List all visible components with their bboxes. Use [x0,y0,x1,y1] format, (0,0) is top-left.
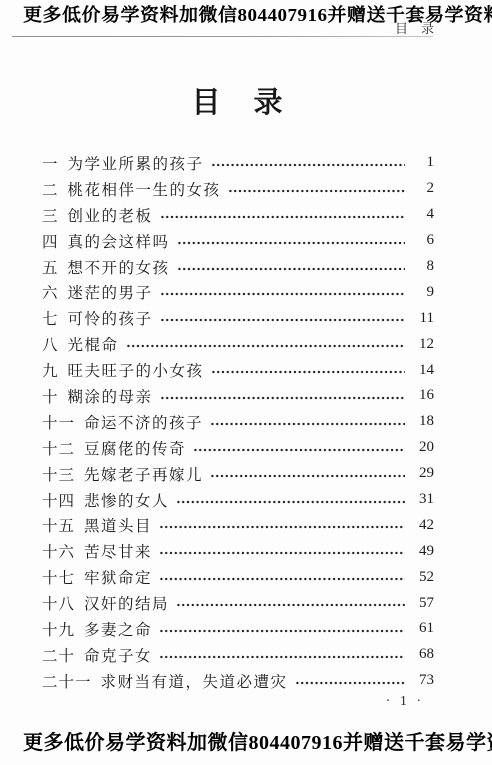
entry-number: 九 [42,359,59,381]
entry-title: 旺夫旺子的小女孩 [68,359,204,381]
entry-number: 十九 [42,618,75,640]
entry-number: 十八 [42,592,75,614]
entry-leader-dots [160,394,405,402]
entry-page-number: 42 [412,517,434,534]
entry-number: 四 [42,230,59,252]
entry-leader-dots [211,368,405,376]
entry-number: 五 [42,256,59,278]
watermark-bottom: 更多低价易学资料加微信804407916并赠送千套易学资料 [23,726,492,755]
entry-page-number: 11 [412,310,434,327]
entry-page-number: 49 [412,543,434,560]
entry-page-number: 29 [412,465,434,482]
entry-page-number: 8 [412,258,434,275]
footer-page-number: · 1 · [0,694,424,710]
entry-title: 豆腐佬的传奇 [84,437,186,459]
toc-entry: 二十 命克子女 68 [42,642,434,668]
toc-entry: 十三 先嫁老子再嫁儿 29 [42,461,434,487]
entry-leader-dots [159,549,405,557]
toc-entry: 四 真的会这样吗 6 [42,228,434,254]
entry-number: 二十一 [42,670,92,692]
entry-page-number: 16 [412,387,434,404]
entry-title: 命克子女 [84,644,152,666]
entry-leader-dots [176,498,405,506]
entry-page-number: 73 [412,672,434,689]
toc-entry: 六 迷茫的男子 9 [42,279,434,305]
entry-number: 十四 [42,489,75,511]
entry-title: 光棍命 [68,333,119,355]
toc-entry: 五 想不开的女孩 8 [42,254,434,280]
entry-leader-dots [193,446,405,454]
entry-leader-dots [159,653,405,661]
entry-leader-dots [177,265,405,273]
entry-number: 六 [42,281,59,303]
entry-leader-dots [160,316,405,324]
entry-leader-dots [176,601,405,609]
toc-entry: 十 糊涂的母亲 16 [42,383,434,409]
entry-leader-dots [210,472,405,480]
entry-page-number: 52 [412,569,434,586]
entry-number: 一 [42,152,59,174]
toc-entry: 十五 黑道头目 42 [42,512,434,538]
entry-number: 十六 [42,540,75,562]
entry-title: 想不开的女孩 [68,256,170,278]
entry-number: 八 [42,333,59,355]
running-head: 目 录 [0,18,434,37]
entry-title: 创业的老板 [68,204,153,226]
entry-number: 十七 [42,566,75,588]
toc-entry: 一 为学业所累的孩子 1 [42,150,434,176]
entry-leader-dots [159,523,405,531]
entry-number: 七 [42,307,59,329]
entry-page-number: 61 [412,620,434,637]
toc-entry: 十一 命运不济的孩子 18 [42,409,434,435]
entry-leader-dots [159,575,405,583]
entry-page-number: 31 [412,491,434,508]
entry-title: 苦尽甘来 [84,540,152,562]
entry-number: 十五 [42,514,75,536]
page-title: 目 录 [42,80,434,121]
entry-page-number: 14 [412,362,434,379]
entry-page-number: 57 [412,595,434,612]
entry-leader-dots [295,679,405,687]
entry-title: 真的会这样吗 [68,230,170,252]
entry-leader-dots [228,187,405,195]
header-rule [12,36,433,37]
entry-title: 求财当有道，失道必遭灾 [101,670,288,692]
entry-page-number: 1 [412,154,434,171]
entry-page-number: 12 [412,336,434,353]
toc-entry: 二十一 求财当有道，失道必遭灾 73 [42,668,434,694]
entry-leader-dots [160,213,405,221]
toc-entry: 十八 汉奸的结局 57 [42,590,434,616]
entry-title: 汉奸的结局 [84,592,169,614]
entry-title: 牢狱命定 [84,566,152,588]
toc-entry: 十六 苦尽甘来 49 [42,538,434,564]
entry-title: 悲惨的女人 [84,489,169,511]
toc-entry: 十九 多妻之命 61 [42,616,434,642]
entry-leader-dots [126,342,405,350]
entry-leader-dots [210,420,405,428]
entry-title: 命运不济的孩子 [84,411,203,433]
toc-entry: 七 可怜的孩子 11 [42,305,434,331]
entry-number: 二十 [42,644,75,666]
entry-leader-dots [177,239,405,247]
entry-page-number: 20 [412,439,434,456]
toc-entry: 十二 豆腐佬的传奇 20 [42,435,434,461]
entry-title: 迷茫的男子 [68,281,153,303]
toc-entry: 八 光棍命 12 [42,331,434,357]
entry-number: 十三 [42,463,75,485]
entry-page-number: 68 [412,646,434,663]
toc-entry: 二 桃花相伴一生的女孩 2 [42,176,434,202]
entry-title: 先嫁老子再嫁儿 [84,463,203,485]
entry-leader-dots [159,627,405,635]
toc-entry: 三 创业的老板 4 [42,202,434,228]
entry-number: 二 [42,178,59,200]
toc-list: 一 为学业所累的孩子 1 二 桃花相伴一生的女孩 2 三 创业的老板 4 四 真… [42,150,434,694]
entry-title: 糊涂的母亲 [68,385,153,407]
entry-page-number: 2 [412,180,434,197]
entry-page-number: 18 [412,413,434,430]
entry-title: 黑道头目 [84,514,152,536]
toc-entry: 十七 牢狱命定 52 [42,564,434,590]
entry-number: 十 [42,385,59,407]
toc-entry: 九 旺夫旺子的小女孩 14 [42,357,434,383]
toc-entry: 十四 悲惨的女人 31 [42,487,434,513]
entry-page-number: 9 [412,284,434,301]
entry-title: 桃花相伴一生的女孩 [68,178,221,200]
toc-page: 更多低价易学资料加微信804407916并赠送千套易学资料 目 录 目 录 一 … [0,0,492,765]
entry-title: 可怜的孩子 [68,307,153,329]
entry-page-number: 6 [412,232,434,249]
entry-leader-dots [211,161,405,169]
entry-number: 三 [42,204,59,226]
entry-number: 十一 [42,411,75,433]
entry-number: 十二 [42,437,75,459]
entry-page-number: 4 [412,206,434,223]
entry-leader-dots [160,290,405,298]
entry-title: 为学业所累的孩子 [68,152,204,174]
entry-title: 多妻之命 [84,618,152,640]
